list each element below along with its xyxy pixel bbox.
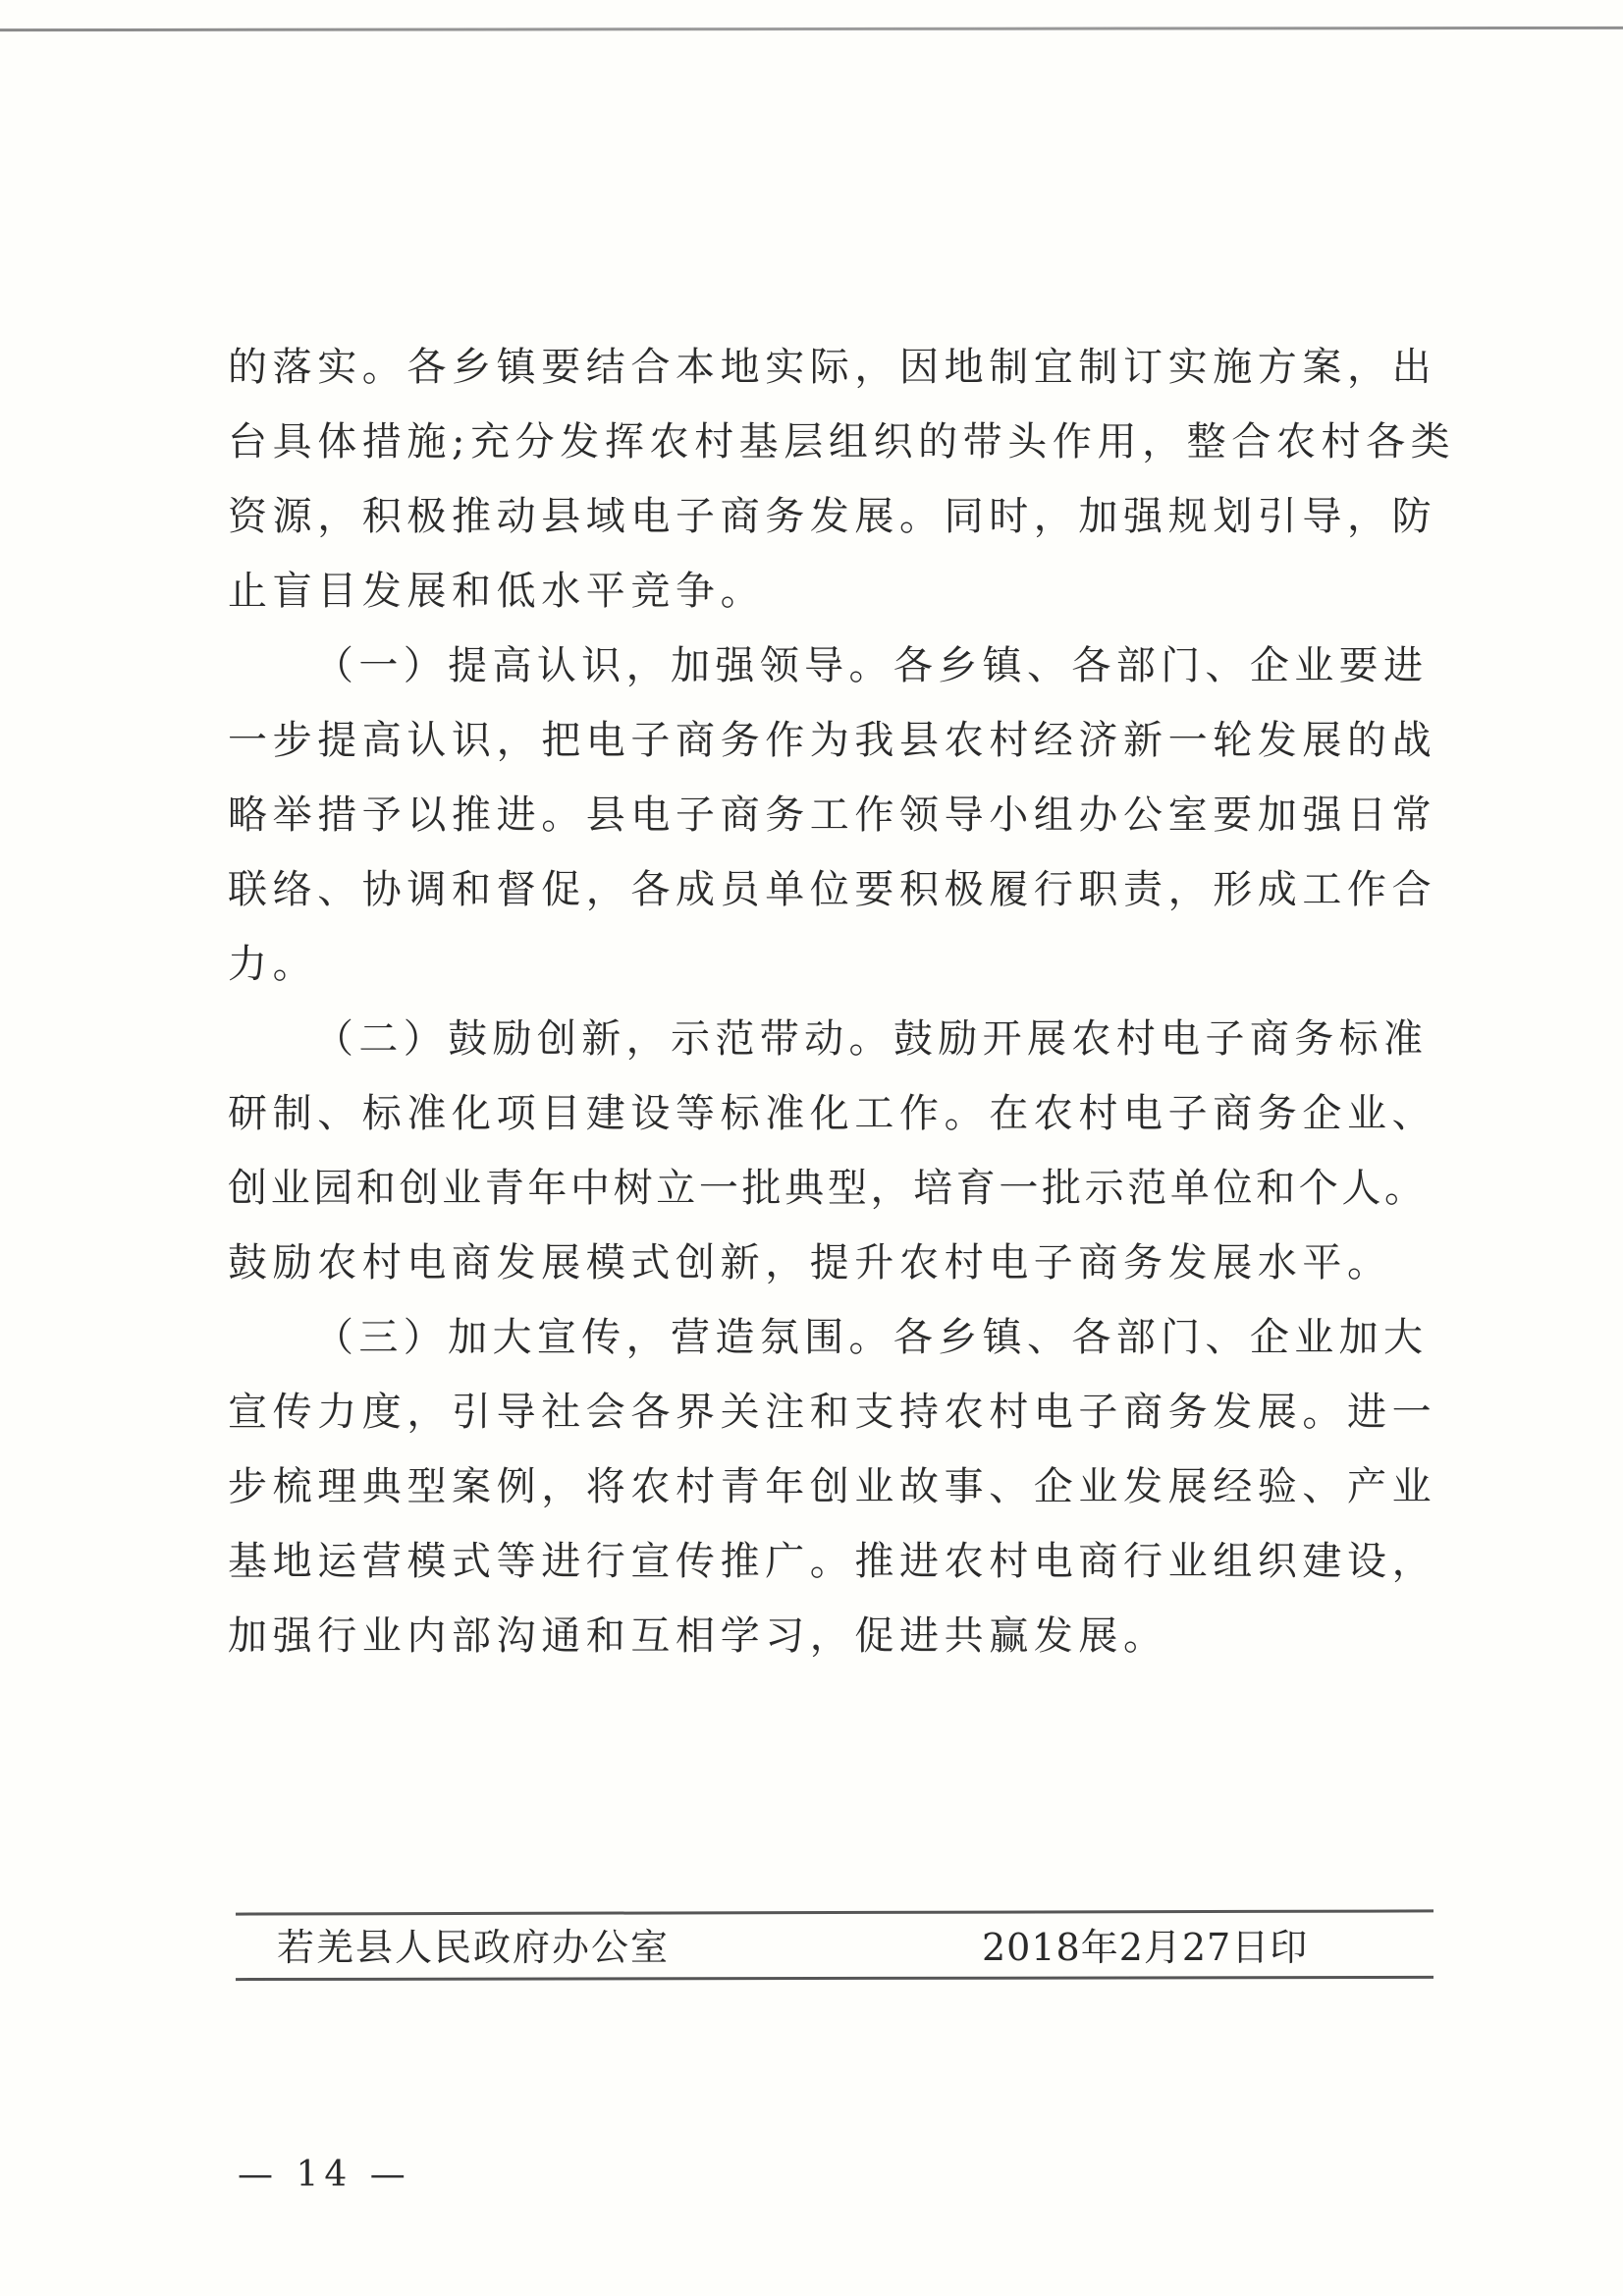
section-heading-line: （一）提高认识，加强领导。各乡镇、各部门、企业要进	[228, 629, 1426, 703]
paragraph-line: 鼓励农村电商发展模式创新，提升农村电子商务发展水平。	[228, 1226, 1426, 1300]
imprint-footer: 若羌县人民政府办公室 2018年2月27日印	[236, 1920, 1434, 1975]
paragraph-line: 略举措予以推进。县电子商务工作领导小组办公室要加强日常	[228, 778, 1426, 852]
paragraph-line: 的落实。各乡镇要结合本地实际，因地制宜制订实施方案，出	[228, 330, 1426, 405]
print-date: 2018年2月27日印	[982, 1920, 1308, 1975]
paragraph-line: 联络、协调和督促，各成员单位要积极履行职责，形成工作合	[228, 852, 1426, 927]
footer-top-rule	[236, 1909, 1434, 1915]
paragraph-line: 一步提高认识，把电子商务作为我县农村经济新一轮发展的战	[228, 703, 1426, 778]
section-heading-line: （三）加大宣传，营造氛围。各乡镇、各部门、企业加大	[228, 1300, 1426, 1375]
paragraph-line: 止盲目发展和低水平竞争。	[228, 554, 1426, 629]
paragraph-line: 资源，积极推动县域电子商务发展。同时，加强规划引导，防	[228, 479, 1426, 554]
paragraph-line: 台具体措施;充分发挥农村基层组织的带头作用，整合农村各类	[228, 405, 1426, 479]
document-body: 的落实。各乡镇要结合本地实际，因地制宜制订实施方案，出 台具体措施;充分发挥农村…	[228, 330, 1426, 1673]
paragraph-line: 加强行业内部沟通和互相学习，促进共赢发展。	[228, 1599, 1426, 1673]
paragraph-line: 研制、标准化项目建设等标准化工作。在农村电子商务企业、	[228, 1076, 1426, 1151]
paragraph-line: 基地运营模式等进行宣传推广。推进农村电商行业组织建设，	[228, 1524, 1426, 1599]
paragraph-line: 宣传力度，引导社会各界关注和支持农村电子商务发展。进一	[228, 1375, 1426, 1449]
section-heading-line: （二）鼓励创新，示范带动。鼓励开展农村电子商务标准	[228, 1002, 1426, 1076]
page-number: — 14 —	[238, 2151, 411, 2200]
paragraph-line: 力。	[228, 927, 1426, 1002]
paragraph-line: 创业园和创业青年中树立一批典型，培育一批示范单位和个人。	[228, 1151, 1426, 1226]
issuer-name: 若羌县人民政府办公室	[277, 1920, 670, 1975]
footer-bottom-rule	[236, 1976, 1434, 1981]
header-rule	[0, 27, 1623, 31]
paragraph-line: 步梳理典型案例，将农村青年创业故事、企业发展经验、产业	[228, 1449, 1426, 1524]
